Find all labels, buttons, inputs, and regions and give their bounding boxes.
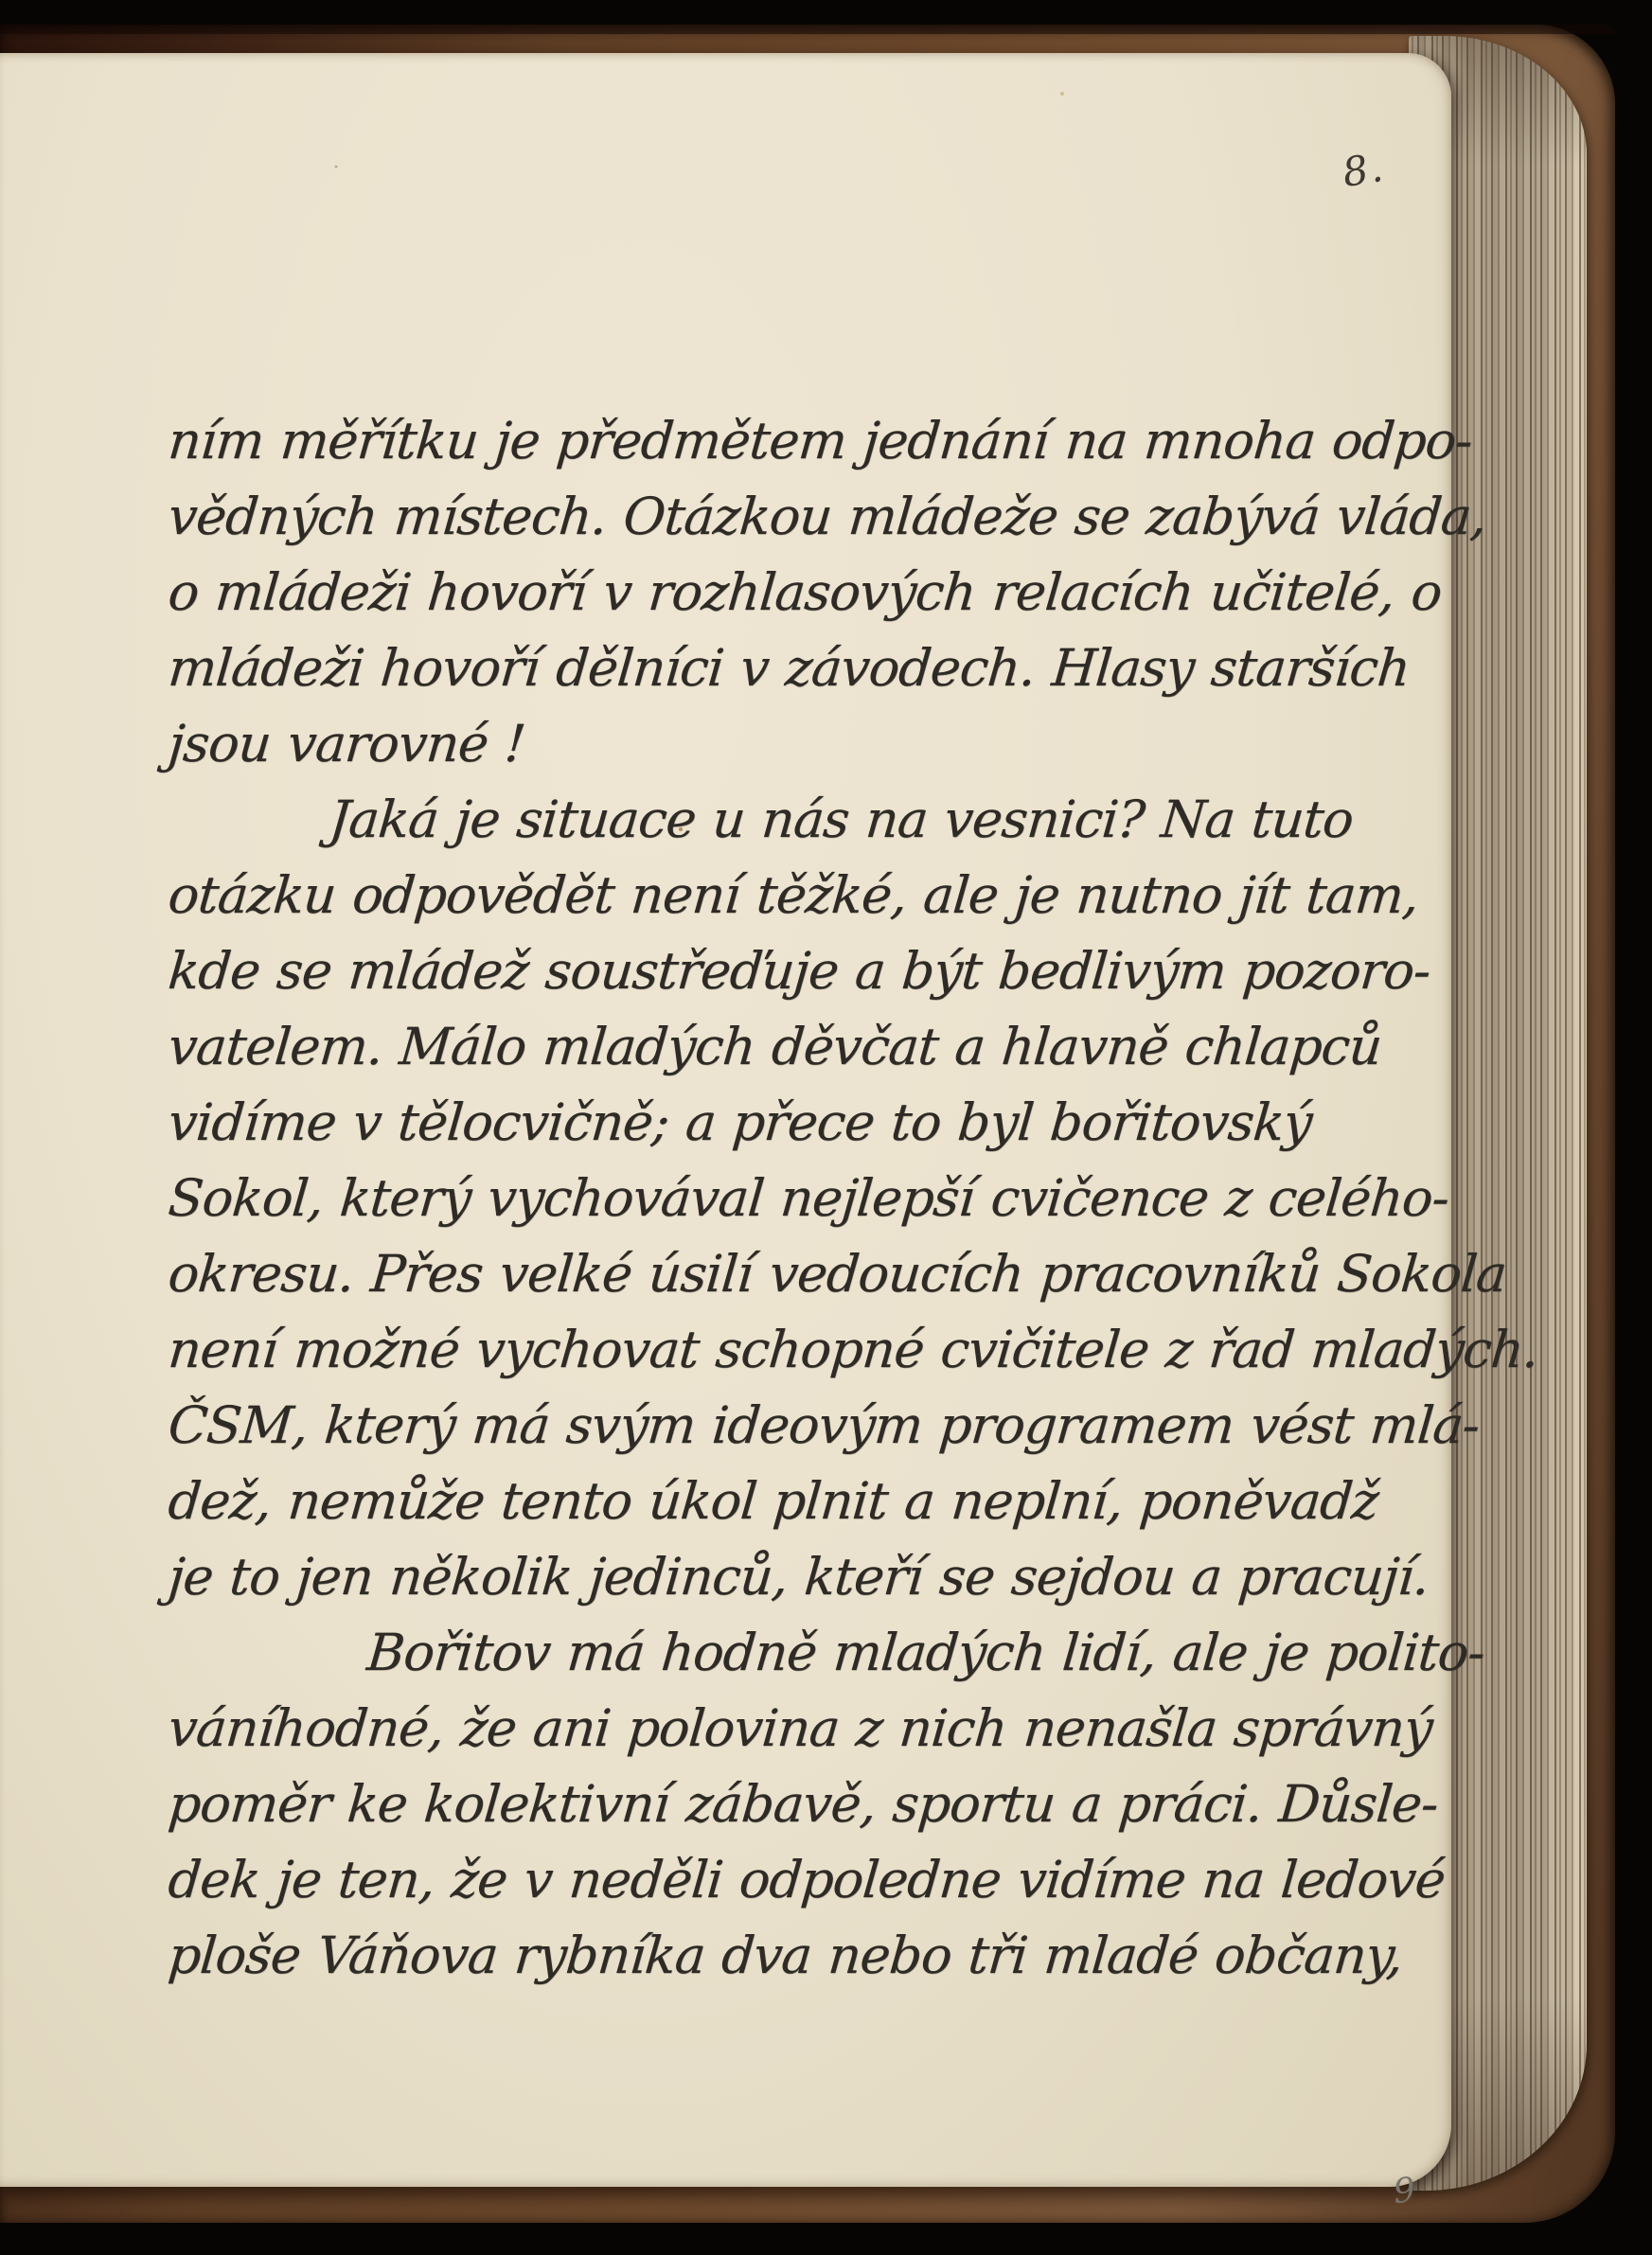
manuscript-line: Bořitov má hodně mladých lidí, ale je po… bbox=[166, 1615, 1252, 1691]
manuscript-line: je to jen několik jedinců, kteří se sejd… bbox=[166, 1539, 1252, 1615]
pencil-folio: 9 bbox=[1392, 2171, 1416, 2211]
manuscript-line: vatelem. Málo mladých děvčat a hlavně ch… bbox=[166, 1009, 1252, 1085]
manuscript-line: vidíme v tělocvičně; a přece to byl boři… bbox=[166, 1085, 1252, 1161]
manuscript-line: vědných místech. Otázkou mládeže se zabý… bbox=[166, 479, 1252, 555]
manuscript-line: ním měřítku je předmětem jednání na mnoh… bbox=[166, 403, 1252, 479]
manuscript-line: otázku odpovědět není těžké, ale je nutn… bbox=[166, 858, 1252, 933]
manuscript-line: dež, nemůže tento úkol plnit a neplní, p… bbox=[166, 1464, 1252, 1539]
manuscript: ním měřítku je předmětem jednání na mnoh… bbox=[169, 403, 1248, 1994]
manuscript-line: dek je ten, že v neděli odpoledne vidíme… bbox=[166, 1842, 1252, 1918]
manuscript-line: ploše Váňova rybníka dva nebo tři mladé … bbox=[166, 1918, 1252, 1994]
manuscript-line: o mládeži hovoří v rozhlasových relacích… bbox=[166, 555, 1252, 630]
manuscript-line: okresu. Přes velké úsilí vedoucích praco… bbox=[166, 1236, 1252, 1312]
page-number: 8. bbox=[1340, 138, 1422, 196]
manuscript-line: váníhodné, že ani polovina z nich nenašl… bbox=[166, 1691, 1252, 1767]
manuscript-line: není možné vychovat schopné cvičitele z … bbox=[166, 1312, 1252, 1388]
manuscript-line: mládeži hovoří dělníci v závodech. Hlasy… bbox=[166, 630, 1252, 706]
manuscript-page: 8. ním měřítku je předmětem jednání na m… bbox=[0, 53, 1451, 2187]
manuscript-line: poměr ke kolektivní zábavě, sportu a prá… bbox=[166, 1767, 1252, 1842]
manuscript-line: Sokol, který vychovával nejlepší cvičenc… bbox=[166, 1161, 1252, 1236]
manuscript-line: ČSM, který má svým ideovým programem vés… bbox=[166, 1388, 1252, 1464]
manuscript-line: Jaká je situace u nás na vesnici? Na tut… bbox=[166, 782, 1252, 858]
manuscript-line: jsou varovné ! bbox=[166, 706, 1252, 782]
manuscript-line: kde se mládež soustřeďuje a být bedlivým… bbox=[166, 933, 1252, 1009]
book-photo: 8. ním měřítku je předmětem jednání na m… bbox=[0, 0, 1652, 2255]
